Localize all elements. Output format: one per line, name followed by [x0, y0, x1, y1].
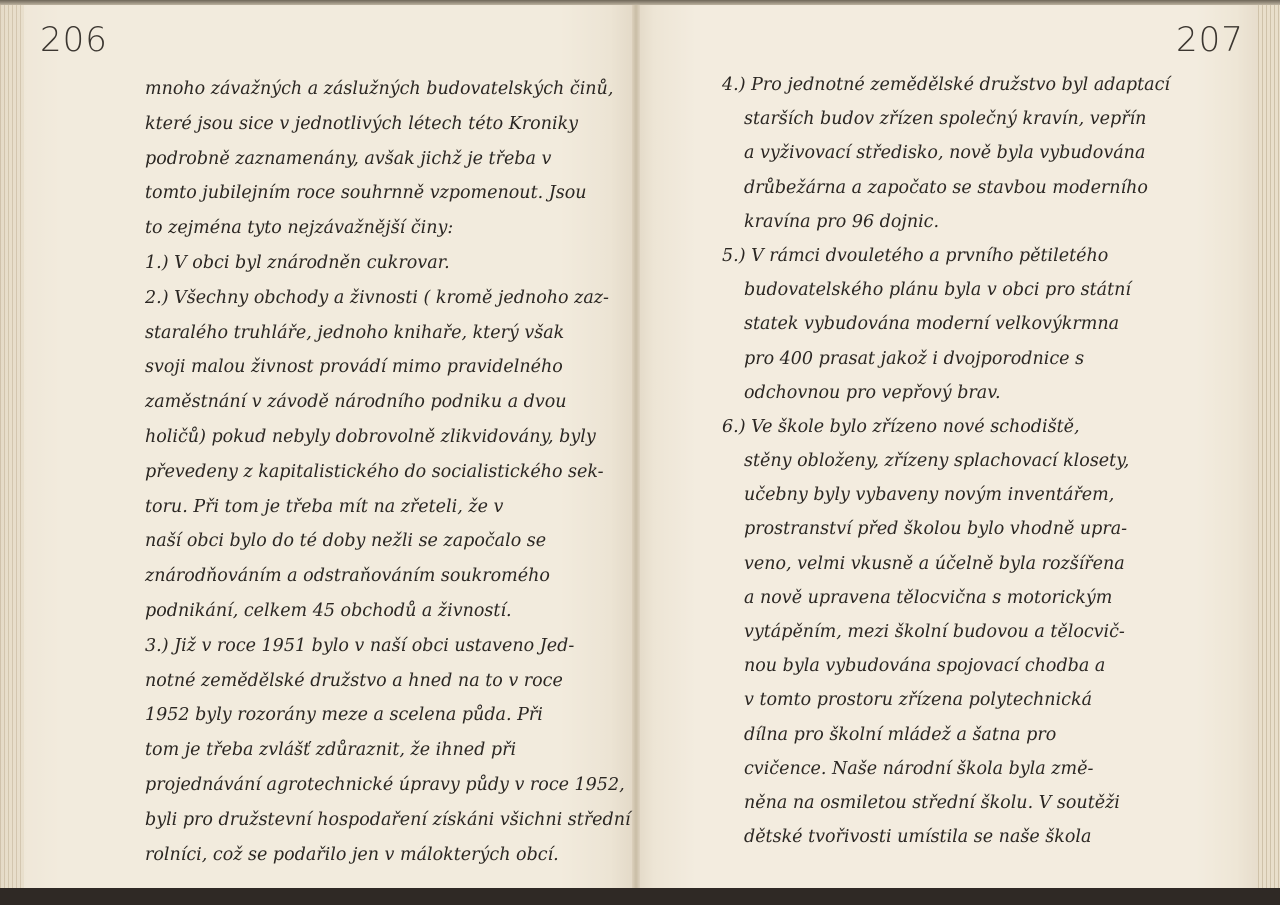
list-item-6: 6.) Ve škole bylo zřízeno nové schodiště…	[722, 410, 1142, 444]
text-line: tomto jubilejním roce souhrnně vzpomenou…	[145, 176, 615, 211]
text-line: kravína pro 96 dojnic.	[722, 205, 1142, 239]
text-line: podnikání, celkem 45 obchodů a živností.	[145, 594, 615, 629]
text-line: odchovnou pro vepřový brav.	[722, 376, 1142, 410]
text-line: dílna pro školní mládež a šatna pro	[722, 718, 1142, 752]
top-page-edge	[0, 0, 1280, 5]
text-line: drůbežárna a započato se stavbou moderní…	[722, 171, 1142, 205]
text-line: dětské tvořivosti umístila se naše škola	[722, 820, 1142, 854]
text-line: holičů) pokud nebyly dobrovolně zlikvido…	[145, 420, 615, 455]
right-page-edges	[1258, 0, 1280, 905]
list-item-2: 2.) Všechny obchody a živnosti ( kromě j…	[145, 281, 615, 316]
text-line: učebny byly vybaveny novým inventářem,	[722, 478, 1142, 512]
text-line: rolníci, což se podařilo jen v málokterý…	[145, 838, 615, 873]
text-line: to zejména tyto nejzávažnější činy:	[145, 211, 615, 246]
book-gutter	[632, 0, 640, 895]
text-line: byli pro družstevní hospodaření získáni …	[145, 803, 615, 838]
text-line: tom je třeba zvlášť zdůraznit, že ihned …	[145, 733, 615, 768]
text-line: svoji malou živnost provádí mimo pravide…	[145, 350, 615, 385]
text-line: stěny obloženy, zřízeny splachovací klos…	[722, 444, 1142, 478]
right-page-text: 4.) Pro jednotné zemědělské družstvo byl…	[722, 68, 1142, 854]
text-line: převedeny z kapitalistického do socialis…	[145, 455, 615, 490]
text-line: znárodňováním a odstraňováním soukromého	[145, 559, 615, 594]
text-line: zaměstnání v závodě národního podniku a …	[145, 385, 615, 420]
page-number-right: 207	[1176, 20, 1244, 60]
text-line: 1952 byly rozorány meze a scelena půda. …	[145, 698, 615, 733]
text-line: pro 400 prasat jakož i dvojporodnice s	[722, 342, 1142, 376]
text-line: staralého truhláře, jednoho knihaře, kte…	[145, 316, 615, 351]
text-line: vytápěním, mezi školní budovou a tělocvi…	[722, 615, 1142, 649]
page-number-left: 206	[40, 20, 108, 60]
text-line: toru. Při tom je třeba mít na zřeteli, ž…	[145, 490, 615, 525]
text-line: statek vybudována moderní velkovýkrmna	[722, 307, 1142, 341]
left-page-edges	[0, 0, 24, 888]
text-line: naší obci bylo do té doby nežli se započ…	[145, 524, 615, 559]
list-item-1: 1.) V obci byl znárodněn cukrovar.	[145, 246, 615, 281]
text-line: starších budov zřízen společný kravín, v…	[722, 102, 1142, 136]
open-book: 206 207 mnoho závažných a záslužných bud…	[0, 0, 1280, 905]
text-line: veno, velmi vkusně a účelně byla rozšíře…	[722, 547, 1142, 581]
text-line: a nově upravena tělocvična s motorickým	[722, 581, 1142, 615]
list-item-4: 4.) Pro jednotné zemědělské družstvo byl…	[722, 68, 1142, 102]
text-line: mnoho závažných a záslužných budovatelsk…	[145, 72, 615, 107]
text-line: projednávání agrotechnické úpravy půdy v…	[145, 768, 615, 803]
list-item-5: 5.) V rámci dvouletého a prvního pětilet…	[722, 239, 1142, 273]
text-line: cvičence. Naše národní škola byla změ-	[722, 752, 1142, 786]
text-line: které jsou sice v jednotlivých létech té…	[145, 107, 615, 142]
left-page-text: mnoho závažných a záslužných budovatelsk…	[145, 72, 615, 872]
text-line: v tomto prostoru zřízena polytechnická	[722, 683, 1142, 717]
text-line: nou byla vybudována spojovací chodba a	[722, 649, 1142, 683]
text-line: a vyživovací středisko, nově byla vybudo…	[722, 136, 1142, 170]
text-line: podrobně zaznamenány, avšak jichž je tře…	[145, 142, 615, 177]
text-line: něna na osmiletou střední školu. V soutě…	[722, 786, 1142, 820]
text-line: notné zemědělské družstvo a hned na to v…	[145, 664, 615, 699]
list-item-3: 3.) Již v roce 1951 bylo v naší obci ust…	[145, 629, 615, 664]
book-cover-bottom	[0, 888, 1280, 905]
text-line: budovatelského plánu byla v obci pro stá…	[722, 273, 1142, 307]
text-line: prostranství před školou bylo vhodně upr…	[722, 512, 1142, 546]
